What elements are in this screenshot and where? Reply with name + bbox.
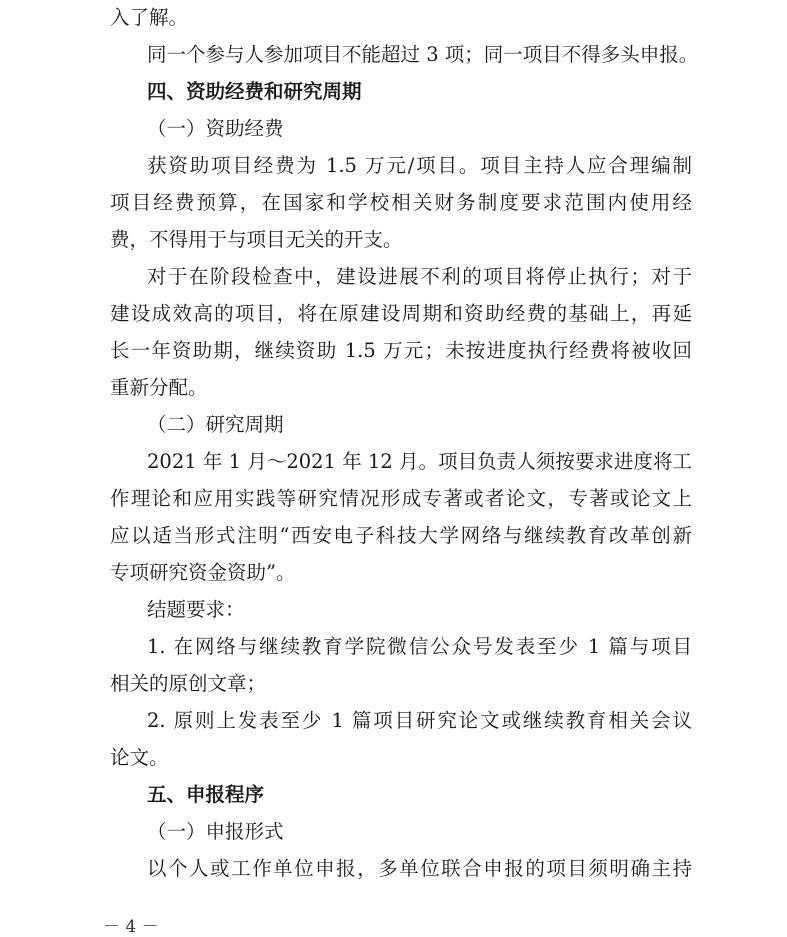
paragraph-line: 论文。: [110, 746, 692, 770]
paragraph-line: 专项研究资金资助”。: [110, 561, 692, 585]
completion-requirements-label: 结题要求：: [147, 598, 729, 622]
subsection-heading-application-form: （一）申报形式: [147, 820, 729, 844]
paragraph-line: 长一年资助期，继续资助 1.5 万元；未按进度执行经费将被收回: [110, 339, 692, 363]
subsection-heading-funding: （一）资助经费: [147, 117, 729, 141]
paragraph-line: 建设成效高的项目，将在原建设周期和资助经费的基础上，再延: [110, 302, 692, 326]
paragraph-line: 应以适当形式注明“西安电子科技大学网络与继续教育改革创新: [110, 524, 692, 548]
paragraph-line: 入了解。: [110, 6, 692, 30]
requirement-item-1: 1. 在网络与继续教育学院微信公众号发表至少 1 篇与项目: [147, 635, 692, 659]
paragraph-line: 重新分配。: [110, 376, 692, 400]
requirement-item-2: 2. 原则上发表至少 1 篇项目研究论文或继续教育相关会议: [147, 709, 692, 733]
paragraph-line: 以个人或工作单位申报，多单位联合申报的项目须明确主持: [147, 857, 692, 881]
paragraph-line: 费，不得用于与项目无关的开支。: [110, 228, 692, 252]
paragraph-line: 同一个参与人参加项目不能超过 3 项；同一项目不得多头申报。: [147, 43, 692, 67]
document-page: 入了解。 同一个参与人参加项目不能超过 3 项；同一项目不得多头申报。 四、资助…: [0, 0, 787, 937]
subsection-heading-research-period: （二）研究周期: [147, 413, 729, 437]
paragraph-line: 项目经费预算，在国家和学校相关财务制度要求范围内使用经: [110, 191, 692, 215]
paragraph-line: 相关的原创文章；: [110, 672, 692, 696]
paragraph-line: 2021 年 1 月～2021 年 12 月。项目负责人须按要求进度将工: [147, 450, 692, 474]
paragraph-line: 作理论和应用实践等研究情况形成专著或者论文，专著或论文上: [110, 487, 692, 511]
section-heading-funding-period: 四、资助经费和研究周期: [147, 80, 729, 104]
page-number: － 4 －: [103, 912, 159, 937]
paragraph-line: 对于在阶段检查中，建设进展不利的项目将停止执行；对于: [147, 265, 692, 289]
paragraph-line: 获资助项目经费为 1.5 万元/项目。项目主持人应合理编制: [147, 154, 692, 178]
section-heading-application-procedure: 五、申报程序: [147, 783, 729, 807]
